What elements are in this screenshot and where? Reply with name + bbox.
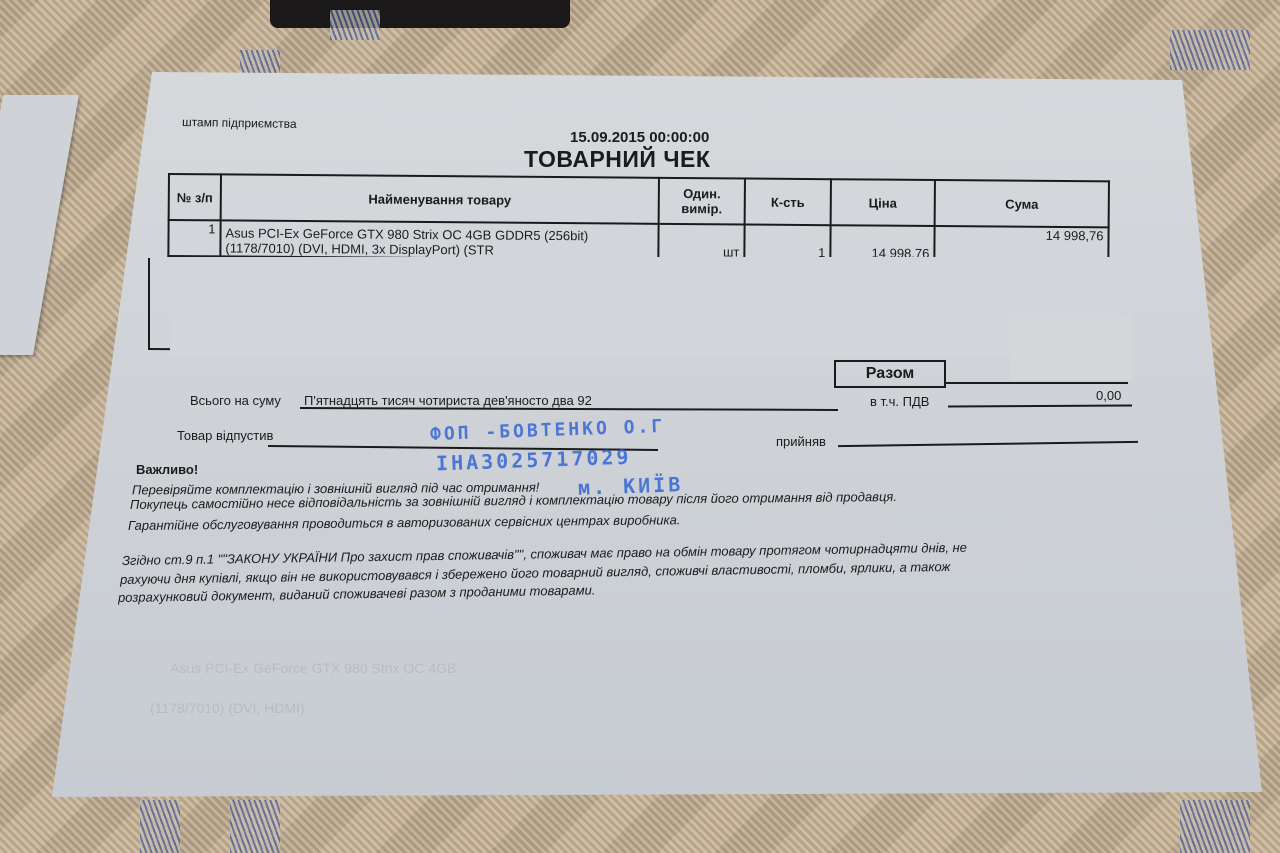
stamp-label: штамп підприємства xyxy=(182,115,297,131)
total-label: Разом xyxy=(834,360,946,388)
receipt-title: ТОВАРНИЙ ЧЕК xyxy=(524,146,710,173)
tablecloth-pattern xyxy=(1180,800,1250,853)
header-num: № з/п xyxy=(169,174,221,220)
table-header-row: № з/п Найменування товару Один. вимір. К… xyxy=(169,174,1109,227)
items-table: № з/п Найменування товару Один. вимір. К… xyxy=(167,173,1110,264)
amount-words-label: Всього на суму xyxy=(190,393,281,408)
tablecloth-pattern xyxy=(330,10,380,40)
table-border xyxy=(148,258,150,350)
header-price: Ціна xyxy=(831,179,935,226)
bleed-through-text: (1178/7010) (DVI, HDMI) xyxy=(150,700,305,716)
amount-words-value: П'ятнадцять тисяч чотириста дев'яносто д… xyxy=(304,393,592,408)
header-name: Найменування товару xyxy=(221,174,659,223)
vat-label: в т.ч. ПДВ xyxy=(870,394,929,409)
cell-num: 1 xyxy=(168,220,220,256)
important-title: Важливо! xyxy=(136,462,198,477)
tablecloth-pattern xyxy=(230,800,280,853)
cell-qty: 1 xyxy=(744,225,830,262)
released-by-label: Товар відпустив xyxy=(177,428,273,443)
header-qty: К-сть xyxy=(745,179,831,226)
redacted-area xyxy=(1010,316,1132,380)
accepted-by-label: прийняв xyxy=(776,434,826,449)
tablecloth-pattern xyxy=(140,800,180,853)
cell-name: Asus PCI-Ex GeForce GTX 980 Strix OC 4GB… xyxy=(220,220,658,259)
header-sum: Сума xyxy=(935,180,1109,227)
adjacent-paper xyxy=(0,95,79,355)
bleed-through-text: Asus PCI-Ex GeForce GTX 980 Strix OC 4GB xyxy=(170,660,456,676)
header-unit: Один. вимір. xyxy=(659,178,745,225)
tablecloth-pattern xyxy=(1170,30,1250,70)
receipt-datetime: 15.09.2015 00:00:00 xyxy=(570,129,709,146)
redacted-area xyxy=(170,257,1120,357)
total-value-line xyxy=(944,382,1128,384)
cell-unit: шт xyxy=(658,224,744,261)
dark-object xyxy=(270,0,570,28)
vat-value: 0,00 xyxy=(1096,388,1121,403)
